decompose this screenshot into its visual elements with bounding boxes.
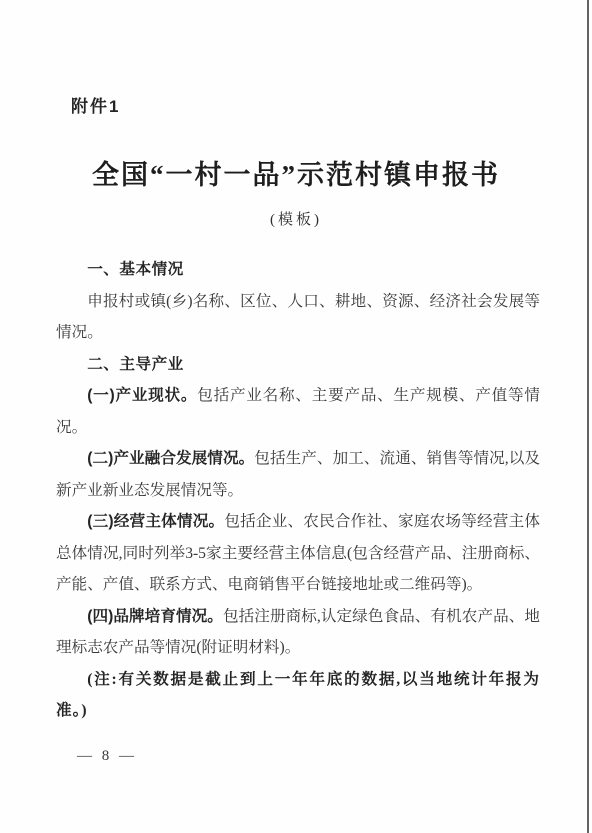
note-paragraph: (注:有关数据是截止到上一年年底的数据,以当地统计年报为准。) [56,664,540,727]
document-page: 附件1 全国“一村一品”示范村镇申报书 (模板) 一、基本情况 申报村或镇(乡)… [0,0,592,833]
paragraph-integration-development: (二)产业融合发展情况。包括生产、加工、流通、销售等情况,以及新产业新业态发展情… [56,443,540,506]
scan-edge-artifact [587,0,589,833]
attachment-label: 附件1 [71,92,120,117]
page-number: — 8 — [77,748,137,765]
paragraph-brand-cultivation-lead: (四)品牌培育情况。 [87,608,223,625]
paragraph-industry-status-lead: (一)产业现状。 [87,387,197,404]
paragraph-business-entities-lead: (三)经营主体情况。 [87,513,224,530]
paragraph-basic-info: 申报村或镇(乡)名称、区位、人口、耕地、资源、经济社会发展等情况。 [56,286,540,349]
paragraph-industry-status: (一)产业现状。包括产业名称、主要产品、生产规模、产值等情况。 [56,380,540,443]
document-title: 全国“一村一品”示范村镇申报书 [0,153,592,192]
paragraph-business-entities: (三)经营主体情况。包括企业、农民合作社、家庭农场等经营主体总体情况,同时列举3… [56,506,540,601]
paragraph-basic-info-text: 申报村或镇(乡)名称、区位、人口、耕地、资源、经济社会发展等情况。 [56,293,540,342]
section-heading-basic-info: 一、基本情况 [56,254,540,286]
paragraph-integration-development-lead: (二)产业融合发展情况。 [87,450,254,467]
paragraph-brand-cultivation: (四)品牌培育情况。包括注册商标,认定绿色食品、有机农产品、地理标志农产品等情况… [56,601,540,664]
document-subtitle: (模板) [0,208,592,229]
section-heading-leading-industry: 二、主导产业 [56,349,540,381]
document-body: 一、基本情况 申报村或镇(乡)名称、区位、人口、耕地、资源、经济社会发展等情况。… [56,254,540,727]
